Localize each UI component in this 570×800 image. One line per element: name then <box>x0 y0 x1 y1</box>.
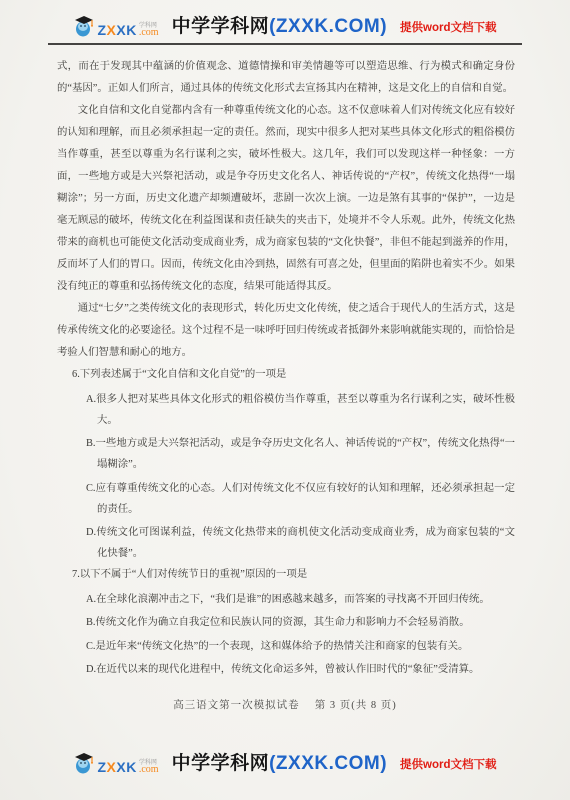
question-7-stem: 7.以下不属于“人们对传统节日的重视”原因的一项是 <box>72 564 515 586</box>
question-6-option-d: D.传统文化可图谋利益，传统文化热带来的商机使文化活动变成商业秀，成为商家包装的… <box>73 522 515 564</box>
logo-domain-text: .com <box>139 28 159 37</box>
logo-suffix: 学科网 .com <box>139 22 159 37</box>
site-banner-top: ZXXK 学科网 .com 中学学科网(ZXXK.COM) 提供word文档下载 <box>0 11 570 38</box>
logo-sup-text: 学科网 <box>139 23 157 29</box>
exam-content: 式，而在于发现其中蕴涵的价值观念、道德情操和审美情趣等可以塑造思维、行为模式和确… <box>57 56 515 694</box>
site-banner-bottom: ZXXK 学科网 .com 中学学科网(ZXXK.COM) 提供word文档下载 <box>0 748 570 775</box>
logo-letter: X <box>107 22 117 38</box>
banner-tagline: 提供word文档下载 <box>400 756 496 772</box>
header-divider <box>48 43 522 45</box>
zxxk-logo: ZXXK 学科网 .com <box>73 13 158 37</box>
logo-letter: X <box>116 22 126 38</box>
logo-letter: K <box>126 759 137 775</box>
logo-domain-text: .com <box>139 765 159 774</box>
passage-paragraph: 通过“七夕”之类传统文化的表现形式，转化历史文化传统，使之适合于现代人的生活方式… <box>57 298 515 364</box>
logo-letter: Z <box>97 759 106 775</box>
passage-paragraph: 文化自信和文化自觉都内含有一种尊重传统文化的心态。这不仅意味着人们对传统文化应有… <box>57 100 515 298</box>
zxxk-logo-text: ZXXK <box>97 23 136 37</box>
site-title: 中学学科网(ZXXK.COM) <box>172 748 387 775</box>
scanned-exam-page: ZXXK 学科网 .com 中学学科网(ZXXK.COM) 提供word文档下载… <box>0 0 570 800</box>
question-7-option-d: D.在近代以来的现代化进程中，传统文化命运多舛，曾被认作旧时代的“象征”受清算。 <box>73 659 515 680</box>
site-title: 中学学科网(ZXXK.COM) <box>172 11 387 38</box>
banner-tagline: 提供word文档下载 <box>400 19 496 35</box>
question-6-option-c: C.应有尊重传统文化的心态。人们对传统文化不仅应有较好的认知和理解，还必须承担起… <box>73 478 515 520</box>
site-name: 中学学科网 <box>172 16 270 37</box>
zxxk-logo: ZXXK 学科网 .com <box>73 750 158 774</box>
question-7-option-a: A.在全球化浪潮冲击之下，“我们是谁”的困惑越来越多，而答案的寻找离不开回归传统… <box>73 589 515 610</box>
question-6-option-b: B.一些地方或是大兴祭祀活动，或是争夺历史文化名人、神话传说的“产权”，传统文化… <box>73 433 515 475</box>
site-domain: (ZXXK.COM) <box>269 16 387 37</box>
graduate-mascot-icon <box>73 13 95 37</box>
question-7-option-b: B.传统文化作为确立自我定位和民族认同的资源，其生命力和影响力不会轻易消散。 <box>73 612 515 633</box>
logo-letter: Z <box>97 22 106 38</box>
question-7-option-c: C.是近年来“传统文化热”的一个表现，这和媒体给予的热情关注和商家的包装有关。 <box>73 636 515 657</box>
logo-letter: X <box>116 759 126 775</box>
question-6-stem: 6.下列表述属于“文化自信和文化自觉”的一项是 <box>72 364 515 386</box>
logo-letter: K <box>126 22 137 38</box>
graduate-mascot-icon <box>73 750 95 774</box>
passage-paragraph-continuation: 式，而在于发现其中蕴涵的价值观念、道德情操和审美情趣等可以塑造思维、行为模式和确… <box>57 56 515 100</box>
logo-sup-text: 学科网 <box>139 760 157 766</box>
page-footer: 高三语文第一次模拟试卷 第 3 页(共 8 页) <box>0 697 570 712</box>
logo-suffix: 学科网 .com <box>139 759 159 774</box>
site-domain: (ZXXK.COM) <box>269 753 387 774</box>
question-7: 7.以下不属于“人们对传统节日的重视”原因的一项是 A.在全球化浪潮冲击之下，“… <box>57 564 515 680</box>
zxxk-logo-text: ZXXK <box>97 760 136 774</box>
logo-letter: X <box>107 759 117 775</box>
question-6: 6.下列表述属于“文化自信和文化自觉”的一项是 A.很多人把对某些具体文化形式的… <box>57 364 515 564</box>
question-6-option-a: A.很多人把对某些具体文化形式的粗俗模仿当作尊重，甚至以尊重为名行谋利之实，破坏… <box>73 389 515 431</box>
site-name: 中学学科网 <box>172 753 270 774</box>
